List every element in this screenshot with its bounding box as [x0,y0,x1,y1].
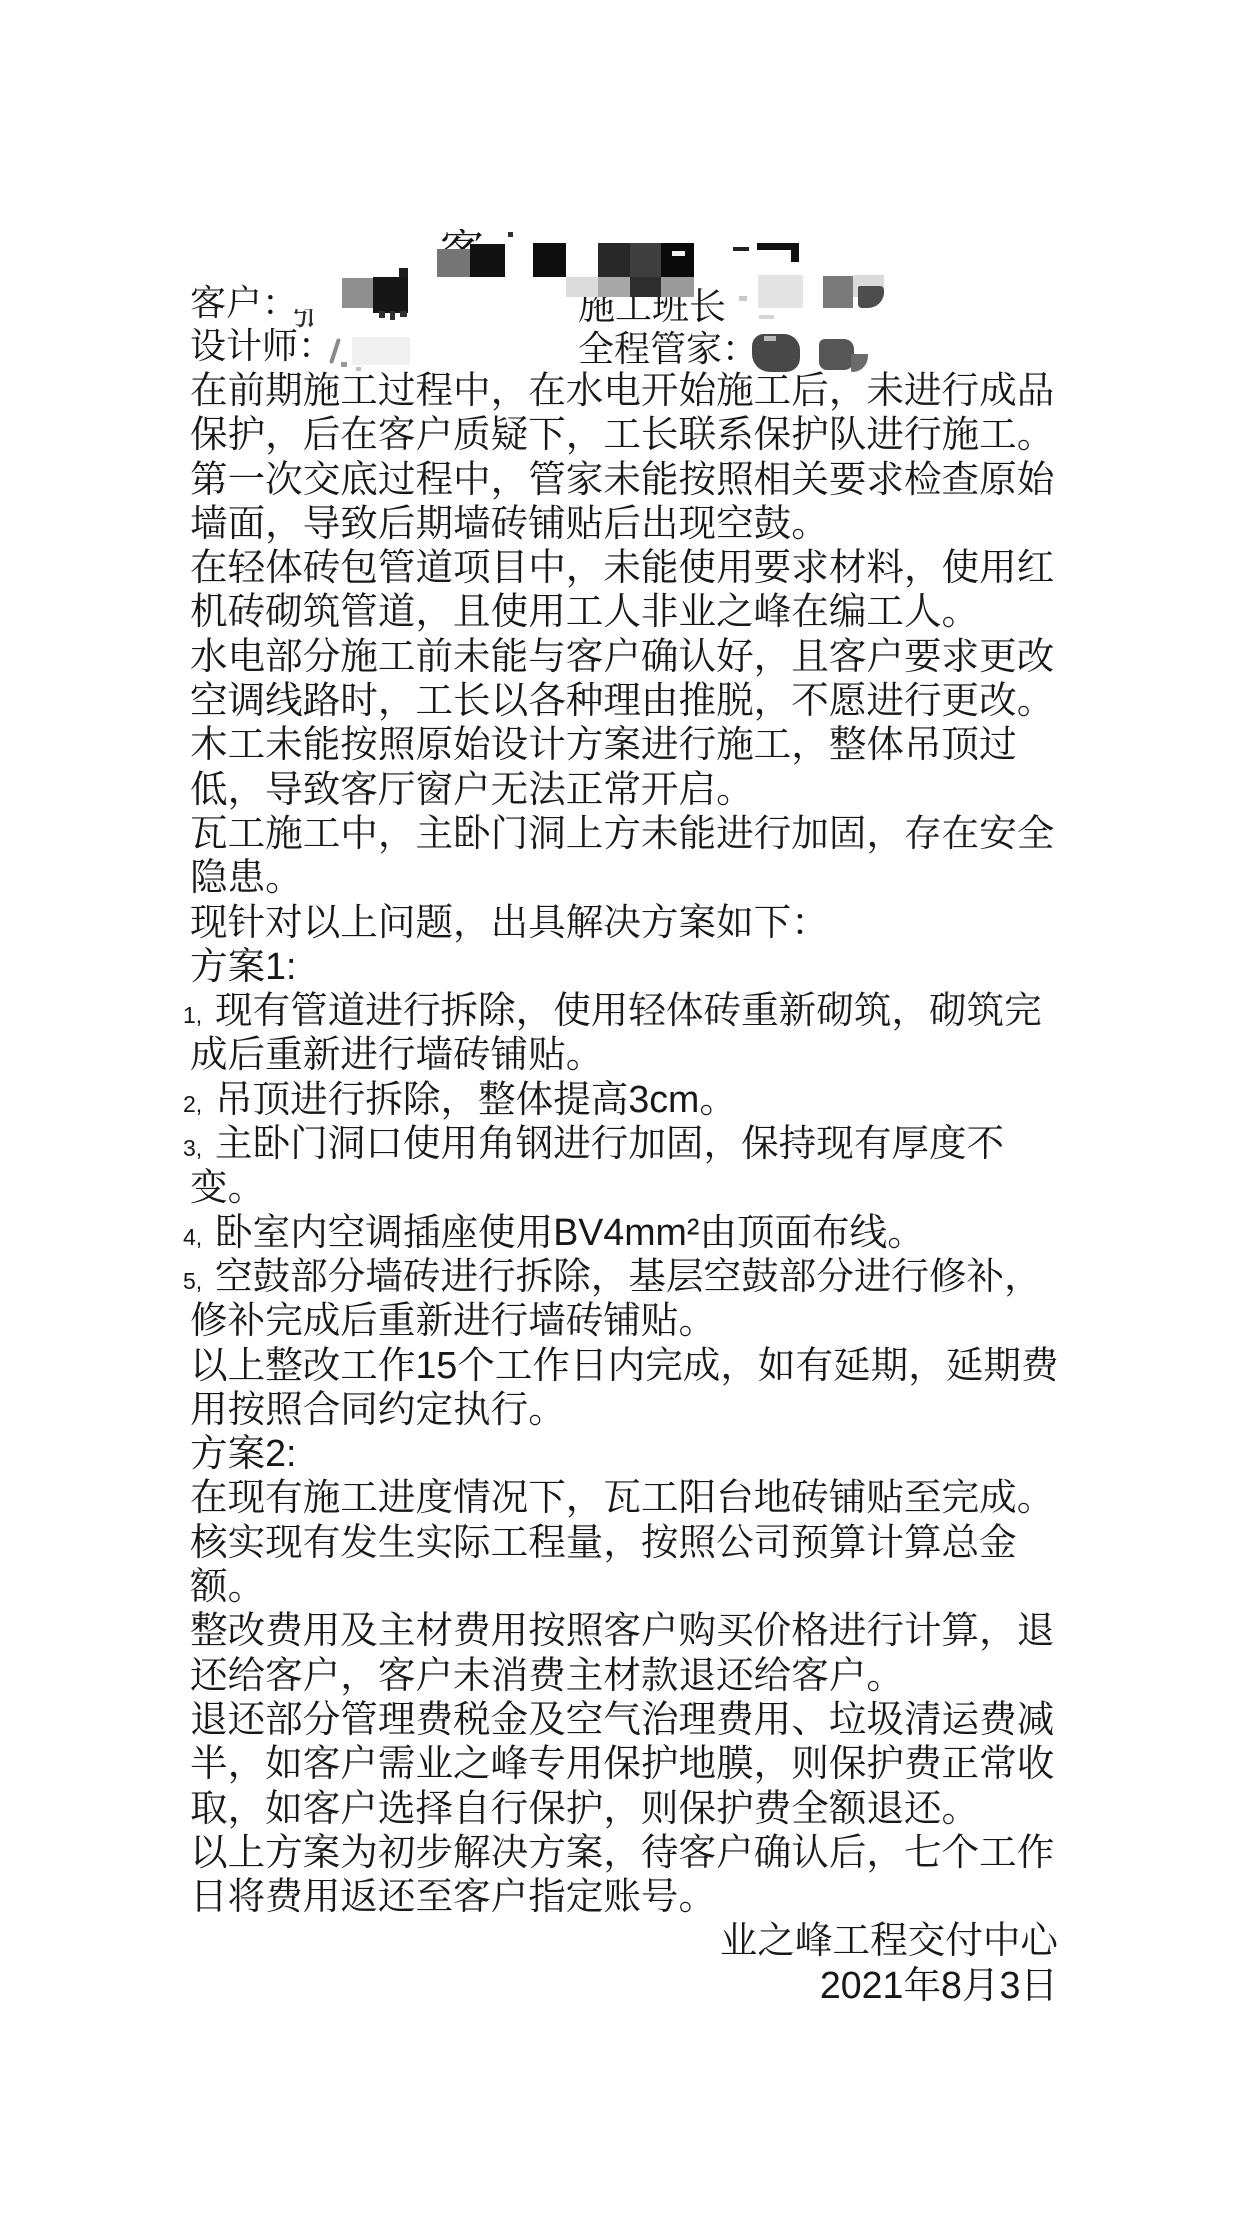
line-text: 现针对以上问题，出具解决方案如下： [190,901,829,943]
foreman-redaction-light [758,275,803,308]
line-text: 在现有施工进度情况下，瓦工阳台地砖铺贴至完成。 [190,1476,1054,1518]
body-line: 业之峰工程交付中心 [190,1918,1058,1962]
line-text: 退还部分管理费税金及空气治理费用、垃圾清运费减 [190,1698,1054,1740]
body-line: 整改费用及主材费用按照客户购买价格进行计算，退 [190,1608,1058,1652]
body-line: 第一次交底过程中，管家未能按照相关要求检查原始 [190,457,1058,501]
designer-ghost-dot [341,362,347,367]
line-text: 方案2: [190,1432,297,1474]
list-marker: 3, [183,1126,215,1170]
body-line: 日将费用返还至客户指定账号。 [190,1874,1058,1918]
title-redaction-black-3 [661,243,694,277]
manager-blob-highlight [764,336,776,341]
line-text: 机砖砌筑管道，且使用工人非业之峰在编工人。 [190,590,979,632]
line-text: 隐患。 [190,856,303,898]
body-line: 墙面，导致后期墙砖铺贴后出现空鼓。 [190,501,1058,545]
body-line: 水电部分施工前未能与客户确认好，且客户要求更改 [190,634,1058,678]
line-text: 修补完成后重新进行墙砖铺贴。 [190,1299,716,1341]
body-line: 2,吊顶进行拆除，整体提高3cm。 [190,1077,1058,1121]
body-line: 1,现有管道进行拆除，使用轻体砖重新砌筑，砌筑完 [190,988,1058,1032]
foreman-faint-dot [739,296,747,301]
customer-redaction-tick-top [399,268,408,278]
manager-faint-dash [759,315,774,319]
body-line: 隐患。 [190,855,1058,899]
body-line: 取，如客户选择自行保护，则保护费全额退还。 [190,1786,1058,1830]
body-line: 保护，后在客户质疑下，工长联系保护队进行施工。 [190,412,1058,456]
customer-label: 客户： [190,285,298,321]
body-line: 低，导致客厅窗户无法正常开启。 [190,767,1058,811]
body-line: 瓦工施工中，主卧门洞上方未能进行加固，存在安全 [190,811,1058,855]
list-marker: 4, [183,1215,215,1259]
manager-redaction-blob-2 [819,339,854,370]
line-text: 木工未能按照原始设计方案进行施工，整体吊顶过 [190,723,1017,765]
body-line: 还给客户，客户未消费主材款退还给客户。 [190,1653,1058,1697]
body-line: 在轻体砖包管道项目中，未能使用要求材料，使用红 [190,545,1058,589]
customer-redaction-gray [342,278,373,308]
title-redaction-dark-2 [630,277,661,297]
line-text: 第一次交底过程中，管家未能按照相关要求检查原始 [190,458,1054,500]
line-text: 空鼓部分墙砖进行拆除，基层空鼓部分进行修补， [215,1255,1042,1297]
line-text: 业之峰工程交付中心 [720,1919,1058,1961]
line-text: 水电部分施工前未能与客户确认好，且客户要求更改 [190,635,1054,677]
line-text: 主卧门洞口使用角钢进行加固，保持现有厚度不 [215,1122,1004,1164]
line-text: 吊顶进行拆除，整体提高3cm。 [215,1078,737,1120]
line-text: 核实现有发生实际工程量，按照公司预算计算总金 [190,1521,1017,1563]
body-line: 现针对以上问题，出具解决方案如下： [190,900,1058,944]
body-line: 以上方案为初步解决方案，待客户确认后，七个工作 [190,1830,1058,1874]
page: { "page": { "background": "#ffffff", "te… [0,0,1248,2218]
body-line: 方案1: [190,944,1058,988]
line-text: 低，导致客厅窗户无法正常开启。 [190,768,754,810]
list-marker: 1, [183,993,215,1037]
line-text: 在轻体砖包管道项目中，未能使用要求材料，使用红 [190,546,1054,588]
title-redaction-gray [437,249,470,277]
body-line: 2021年8月3日 [190,1963,1058,2007]
title-redaction-mid [630,243,661,277]
designer-redaction-light [352,337,410,365]
customer-redaction-tick-1 [379,311,385,318]
title-redaction-black-2 [533,243,566,277]
line-text: 保护，后在客户质疑下，工长联系保护队进行施工。 [190,413,1054,455]
title-redaction-dark [598,243,630,277]
foreman-redaction-curl [858,286,884,308]
body-line: 机砖砌筑管道，且使用工人非业之峰在编工人。 [190,589,1058,633]
title-char-dot [508,232,513,237]
line-text: 取，如客户选择自行保护，则保护费全额退还。 [190,1787,979,1829]
document-photo: 客 客户： 张 施工班长 设计师： 全程管家： 在前期施工过程中，在水电开始施工… [0,0,1248,2218]
line-text: 瓦工施工中，主卧门洞上方未能进行加固，存在安全 [190,812,1054,854]
line-text: 2021年8月3日 [820,1964,1058,2006]
line-text: 方案1: [190,945,297,987]
title-redaction-black-1 [470,244,505,277]
body-line: 变。 [190,1165,1058,1209]
customer-redaction-tick-3 [400,311,407,317]
title-fragment-hook [791,243,799,262]
body-line: 在现有施工进度情况下，瓦工阳台地砖铺贴至完成。 [190,1475,1058,1519]
line-text: 空调线路时，工长以各种理由推脱，不愿进行更改。 [190,679,1054,721]
body-line: 退还部分管理费税金及空气治理费用、垃圾清运费减 [190,1697,1058,1741]
body-line: 核实现有发生实际工程量，按照公司预算计算总金 [190,1520,1058,1564]
body-line: 3,主卧门洞口使用角钢进行加固，保持现有厚度不 [190,1121,1058,1165]
manager-redaction-blob [752,334,800,372]
line-text: 现有管道进行拆除，使用轻体砖重新砌筑，砌筑完 [215,989,1042,1031]
manager-label: 全程管家： [578,331,758,367]
line-text: 变。 [190,1166,265,1208]
body-line: 用按照合同约定执行。 [190,1387,1058,1431]
line-text: 成后重新进行墙砖铺贴。 [190,1033,603,1075]
title-redaction-white-dash [672,251,685,256]
title-redaction-midgray [598,277,630,297]
body-line: 修补完成后重新进行墙砖铺贴。 [190,1298,1058,1342]
body-line: 木工未能按照原始设计方案进行施工，整体吊顶过 [190,722,1058,766]
body-line: 成后重新进行墙砖铺贴。 [190,1032,1058,1076]
designer-label: 设计师： [190,328,334,364]
line-text: 以上整改工作15个工作日内完成，如有延期，延期费 [190,1344,1059,1386]
line-text: 额。 [190,1565,265,1607]
line-text: 在前期施工过程中，在水电开始施工后，未进行成品 [190,369,1054,411]
body-line: 4,卧室内空调插座使用BV4mm²由顶面布线。 [190,1210,1058,1254]
line-text: 整改费用及主材费用按照客户购买价格进行计算，退 [190,1609,1054,1651]
customer-redaction-black [373,277,408,313]
body-line: 在前期施工过程中，在水电开始施工后，未进行成品 [190,368,1058,412]
title-fragment-dash [733,247,749,251]
title-redaction-gray-2 [661,277,694,297]
title-redaction-light [566,277,598,297]
line-text: 墙面，导致后期墙砖铺贴后出现空鼓。 [190,502,829,544]
line-text: 用按照合同约定执行。 [190,1388,566,1430]
body-line: 额。 [190,1564,1058,1608]
line-text: 以上方案为初步解决方案，待客户确认后，七个工作 [190,1831,1054,1873]
body-line: 空调线路时，工长以各种理由推脱，不愿进行更改。 [190,678,1058,722]
body-line: 半，如客户需业之峰专用保护地膜，则保护费正常收 [190,1741,1058,1785]
body-line: 5,空鼓部分墙砖进行拆除，基层空鼓部分进行修补， [190,1254,1058,1298]
line-text: 日将费用返还至客户指定账号。 [190,1875,716,1917]
list-marker: 5, [183,1259,215,1303]
body-line: 方案2: [190,1431,1058,1475]
list-marker: 2, [183,1082,215,1126]
customer-redaction-tick-2 [390,311,395,320]
line-text: 还给客户，客户未消费主材款退还给客户。 [190,1654,904,1696]
body-line: 以上整改工作15个工作日内完成，如有延期，延期费 [190,1343,1058,1387]
line-text: 卧室内空调插座使用BV4mm²由顶面布线。 [215,1211,925,1253]
foreman-redaction-gray [823,276,853,308]
line-text: 半，如客户需业之峰专用保护地膜，则保护费正常收 [190,1742,1054,1784]
document-body: 在前期施工过程中，在水电开始施工后，未进行成品保护，后在客户质疑下，工长联系保护… [190,368,1058,2007]
